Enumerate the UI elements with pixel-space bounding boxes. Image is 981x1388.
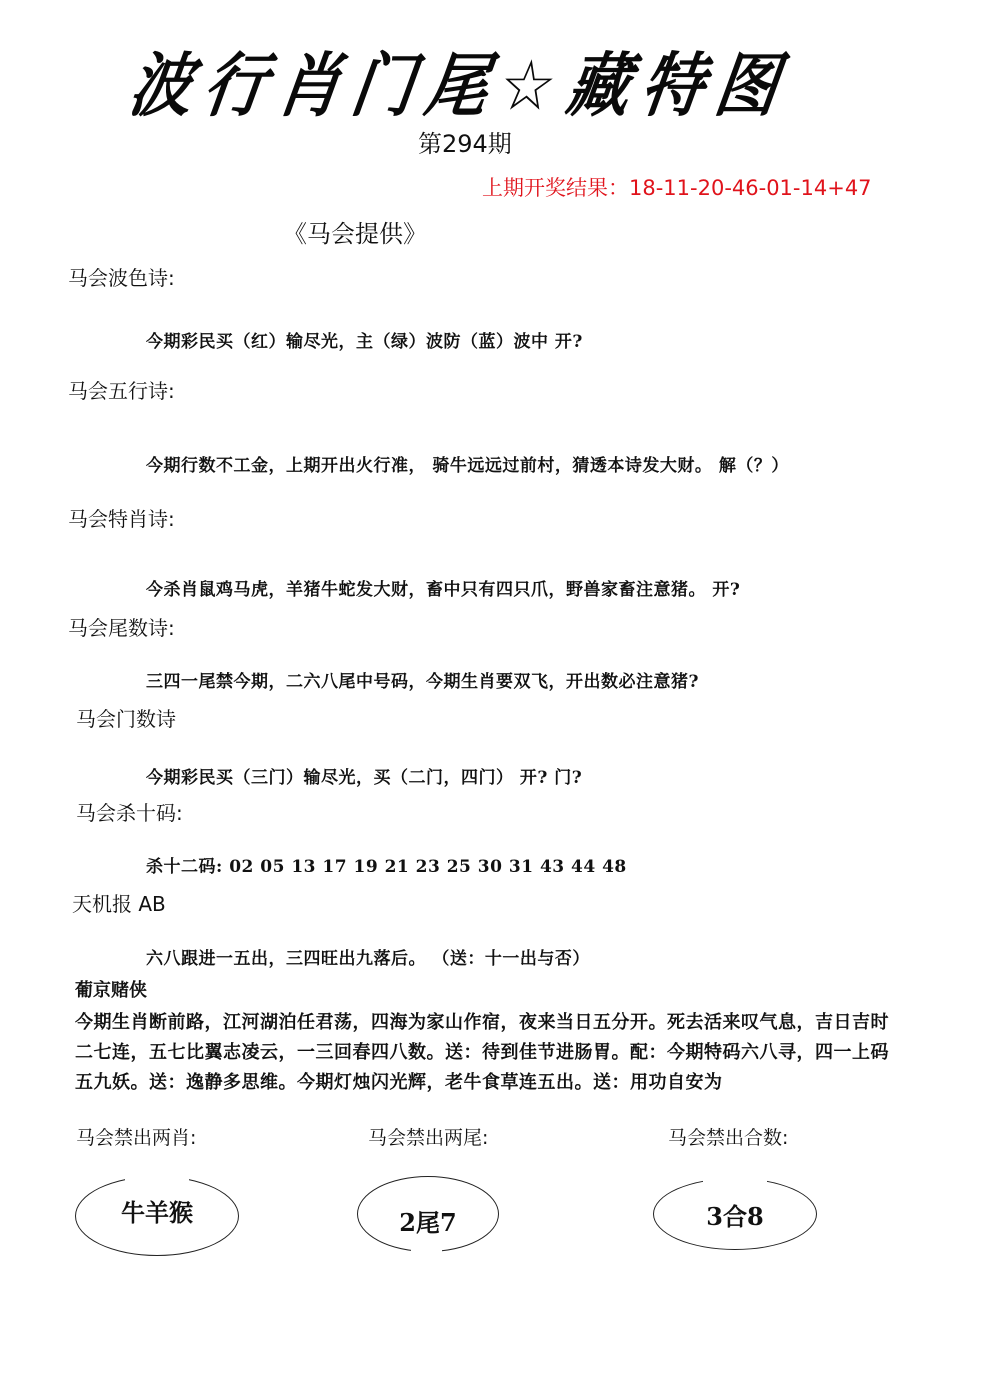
last-draw-label: 上期开奖结果：: [482, 176, 629, 200]
forbidden-sum-label: 马会禁出合数:: [668, 1123, 788, 1150]
section-label-tail-number: 马会尾数诗:: [68, 612, 175, 641]
gambler-paragraph: 今期生肖断前路，江河湖泊任君荡，四海为家山作宿，夜来当日五分开。死去活来叹气息，…: [75, 1008, 905, 1098]
forbidden-zodiac-ellipse: 牛羊猴: [75, 1176, 239, 1256]
forbidden-sum-value: 3合8: [706, 1197, 763, 1232]
section-label-five-elements: 马会五行诗:: [68, 375, 175, 404]
main-title: 波行肖门尾☆藏特图: [124, 30, 798, 130]
poem-tianji: 六八跟进一五出，三四旺出九落后。 （送：十一出与否）: [146, 944, 590, 969]
forbidden-tail-label: 马会禁出两尾:: [368, 1123, 488, 1150]
forbidden-zodiac-label: 马会禁出两肖:: [76, 1123, 196, 1150]
poem-special-zodiac: 今杀肖鼠鸡马虎，羊猪牛蛇发大财，畜中只有四只爪，野兽家畜注意猪。 开?: [146, 575, 740, 600]
last-draw-numbers: 18-11-20-46-01-14+47: [629, 176, 872, 200]
poem-gate-number: 今期彩民买（三门）输尽光，买（二门，四门） 开? 门?: [146, 763, 582, 788]
section-label-special-zodiac: 马会特肖诗:: [68, 503, 175, 532]
section-label-wave-color: 马会波色诗:: [68, 262, 175, 291]
section-label-gambler: 葡京赌侠: [75, 976, 147, 1002]
last-draw-result: 上期开奖结果：18-11-20-46-01-14+47: [482, 172, 872, 202]
poem-wave-color: 今期彩民买（红）输尽光，主（绿）波防（蓝）波中 开?: [146, 327, 583, 352]
poem-five-elements: 今期行数不工金，上期开出火行准， 骑牛远远过前村，猜透本诗发大财。 解（？）: [146, 451, 789, 476]
issue-number: 第294期: [418, 124, 512, 159]
kill-numbers-list: 杀十二码: 02 05 13 17 19 21 23 25 30 31 43 4…: [146, 852, 627, 877]
forbidden-tail-ellipse: 2尾7: [357, 1176, 499, 1252]
forbidden-zodiac-value: 牛羊猴: [121, 1193, 193, 1228]
forbidden-sum-ellipse: 3合8: [653, 1178, 817, 1250]
poem-tail-number: 三四一尾禁今期，二六八尾中号码，今期生肖要双飞，开出数必注意猪?: [146, 667, 699, 692]
forbidden-tail-value: 2尾7: [399, 1203, 456, 1238]
section-label-gate-number: 马会门数诗: [76, 703, 176, 732]
section-label-kill-numbers: 马会杀十码:: [76, 797, 183, 826]
section-label-tianji: 天机报 AB: [72, 888, 166, 917]
provider-heading: 《马会提供》: [283, 214, 427, 249]
